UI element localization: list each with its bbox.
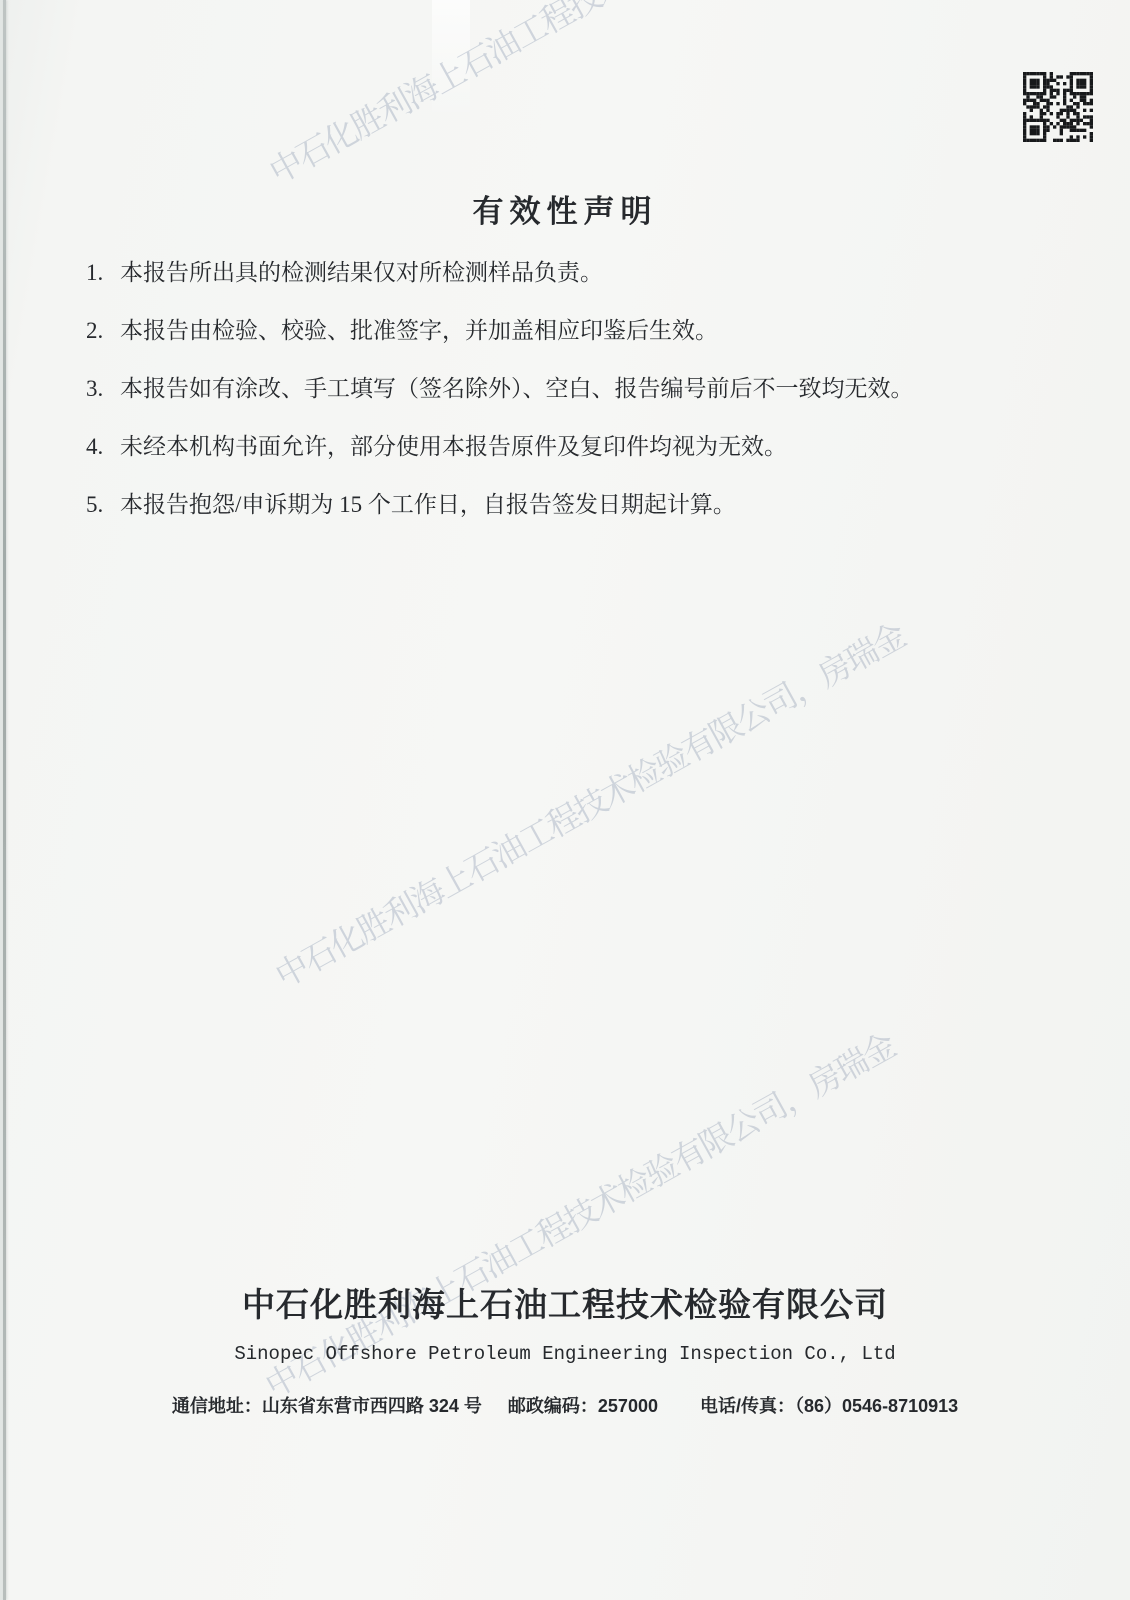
statement-list: 1. 本报告所出具的检测结果仅对所检测样品负责。 2. 本报告由检验、校验、批准… [86,258,1080,548]
item-number: 4. [86,432,120,462]
item-number: 1. [86,258,120,288]
list-item: 5. 本报告抱怨/申诉期为 15 个工作日，自报告签发日期起计算。 [86,490,1080,520]
item-text: 未经本机构书面允许，部分使用本报告原件及复印件均视为无效。 [120,432,1080,462]
scan-streak [432,0,470,120]
item-text: 本报告抱怨/申诉期为 15 个工作日，自报告签发日期起计算。 [120,490,1080,520]
list-item: 2. 本报告由检验、校验、批准签字，并加盖相应印鉴后生效。 [86,316,1080,346]
item-number: 2. [86,316,120,346]
contact-line: 通信地址：山东省东营市西四路 324 号邮政编码：257000电话/传真：（86… [0,1392,1130,1418]
address-label: 通信地址： [172,1396,262,1416]
item-text: 本报告如有涂改、手工填写（签名除外）、空白、报告编号前后不一致均无效。 [120,374,1080,404]
list-item: 3. 本报告如有涂改、手工填写（签名除外）、空白、报告编号前后不一致均无效。 [86,374,1080,404]
watermark-text: 中石化胜利海上石油工程技术检验有限公司，房瑞金 [264,0,904,189]
watermark-text: 中石化胜利海上石油工程技术检验有限公司，房瑞金 [270,618,910,993]
company-name-cn: 中石化胜利海上石油工程技术检验有限公司 [0,1279,1130,1326]
postcode-label: 邮政编码： [508,1396,598,1416]
company-name-en: Sinopec Offshore Petroleum Engineering I… [0,1343,1130,1365]
item-number: 5. [86,490,120,520]
phone-label: 电话/传真： [700,1396,795,1416]
item-text: 本报告由检验、校验、批准签字，并加盖相应印鉴后生效。 [120,316,1080,346]
page-title: 有效性声明 [0,186,1130,231]
item-number: 3. [86,374,120,404]
postcode-value: 257000 [598,1396,658,1416]
document-page: 中石化胜利海上石油工程技术检验有限公司，房瑞金 中石化胜利海上石油工程技术检验有… [0,0,1130,1600]
list-item: 1. 本报告所出具的检测结果仅对所检测样品负责。 [86,258,1080,288]
qr-code-icon [1023,72,1093,142]
phone-value: （86）0546-8710913 [795,1396,958,1416]
list-item: 4. 未经本机构书面允许，部分使用本报告原件及复印件均视为无效。 [86,432,1080,462]
item-text: 本报告所出具的检测结果仅对所检测样品负责。 [120,258,1080,288]
address-value: 山东省东营市西四路 324 号 [262,1396,482,1416]
